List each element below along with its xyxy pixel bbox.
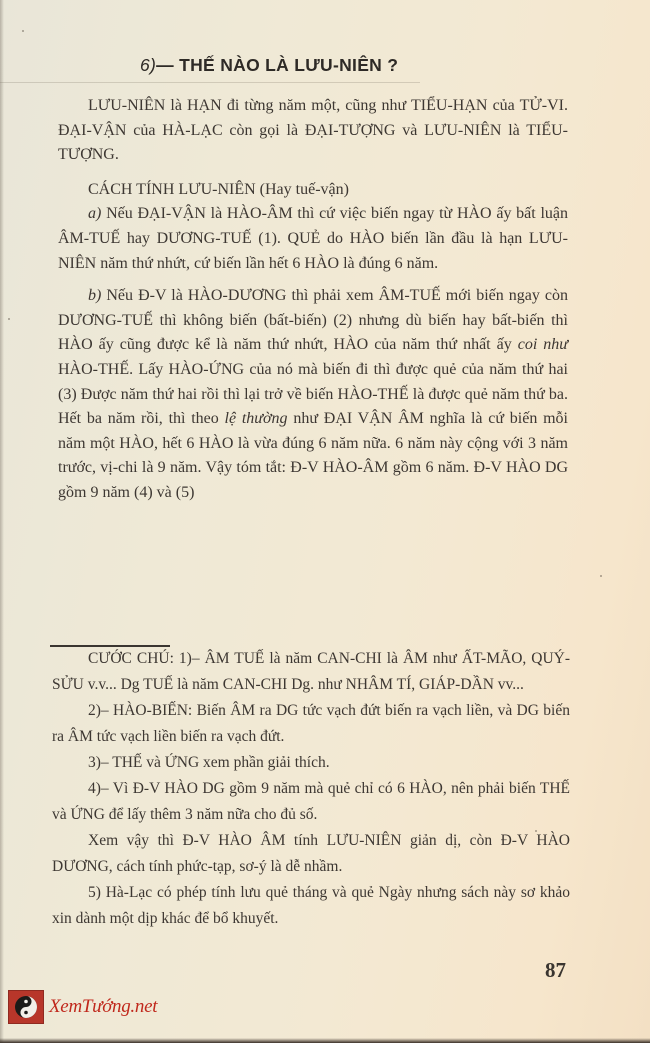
footnote-2: 2)– HÀO-BIẾN: Biến ÂM ra DG tức vạch đứt…	[52, 698, 570, 750]
logo-box	[8, 990, 44, 1024]
intro-paragraph: LƯU-NIÊN là HẠN đi từng năm một, cũng nh…	[58, 94, 568, 168]
watermark-logo: XemTướng.net	[8, 990, 157, 1024]
footnote-4: 4)– Vì Đ-V HÀO DG gồm 9 năm mà quẻ chỉ c…	[52, 776, 570, 828]
footnote-5: 5) Hà-Lạc có phép tính lưu quẻ tháng và …	[52, 880, 570, 932]
item-a-text: Nếu ĐẠI-VẬN là HÀO-ÂM thì cứ việc biến n…	[58, 205, 568, 271]
scanned-book-page: 6)— THẾ NÀO LÀ LƯU-NIÊN ? LƯU-NIÊN là HẠ…	[0, 0, 650, 1043]
item-b-marker: b)	[88, 287, 101, 304]
speck	[8, 318, 10, 320]
speck	[535, 830, 537, 832]
page-number: 87	[545, 958, 566, 983]
item-a-marker: a)	[88, 205, 101, 222]
page-bottom-shadow	[0, 1038, 650, 1043]
paper-crease	[0, 82, 420, 83]
section-title-text: — THẾ NÀO LÀ LƯU-NIÊN ?	[156, 55, 398, 75]
footnotes: CƯỚC CHÚ: 1)– ÂM TUẾ là năm CAN-CHI là Â…	[52, 646, 570, 932]
item-b-italic-1: coi như	[518, 336, 568, 353]
main-body: LƯU-NIÊN là HẠN đi từng năm một, cũng nh…	[58, 94, 568, 506]
watermark-text: XemTướng.net	[49, 996, 157, 1018]
item-a-paragraph: a) Nếu ĐẠI-VẬN là HÀO-ÂM thì cứ việc biế…	[58, 202, 568, 276]
item-b-italic-2: lệ thường	[225, 410, 288, 427]
section-title: 6)— THẾ NÀO LÀ LƯU-NIÊN ?	[140, 55, 398, 76]
item-b-text-1: Nếu Đ-V là HÀO-DƯƠNG thì phải xem ÂM-TUẾ…	[58, 287, 568, 353]
footnote-heading: CƯỚC CHÚ:	[88, 650, 174, 667]
speck	[600, 575, 602, 577]
speck	[22, 30, 24, 32]
footnote-1: CƯỚC CHÚ: 1)– ÂM TUẾ là năm CAN-CHI là Â…	[52, 646, 570, 698]
footnote-3: 3)– THẾ và ỨNG xem phần giải thích.	[52, 750, 570, 776]
page-left-shadow	[0, 0, 4, 1043]
yin-yang-icon	[14, 995, 38, 1019]
footnote-4-conclusion: Xem vậy thì Đ-V HÀO ÂM tính LƯU-NIÊN giả…	[52, 828, 570, 880]
method-heading: CÁCH TÍNH LƯU-NIÊN (Hay tuế-vận)	[58, 178, 568, 203]
section-number: 6)	[140, 55, 156, 75]
item-b-paragraph: b) Nếu Đ-V là HÀO-DƯƠNG thì phải xem ÂM-…	[58, 284, 568, 505]
